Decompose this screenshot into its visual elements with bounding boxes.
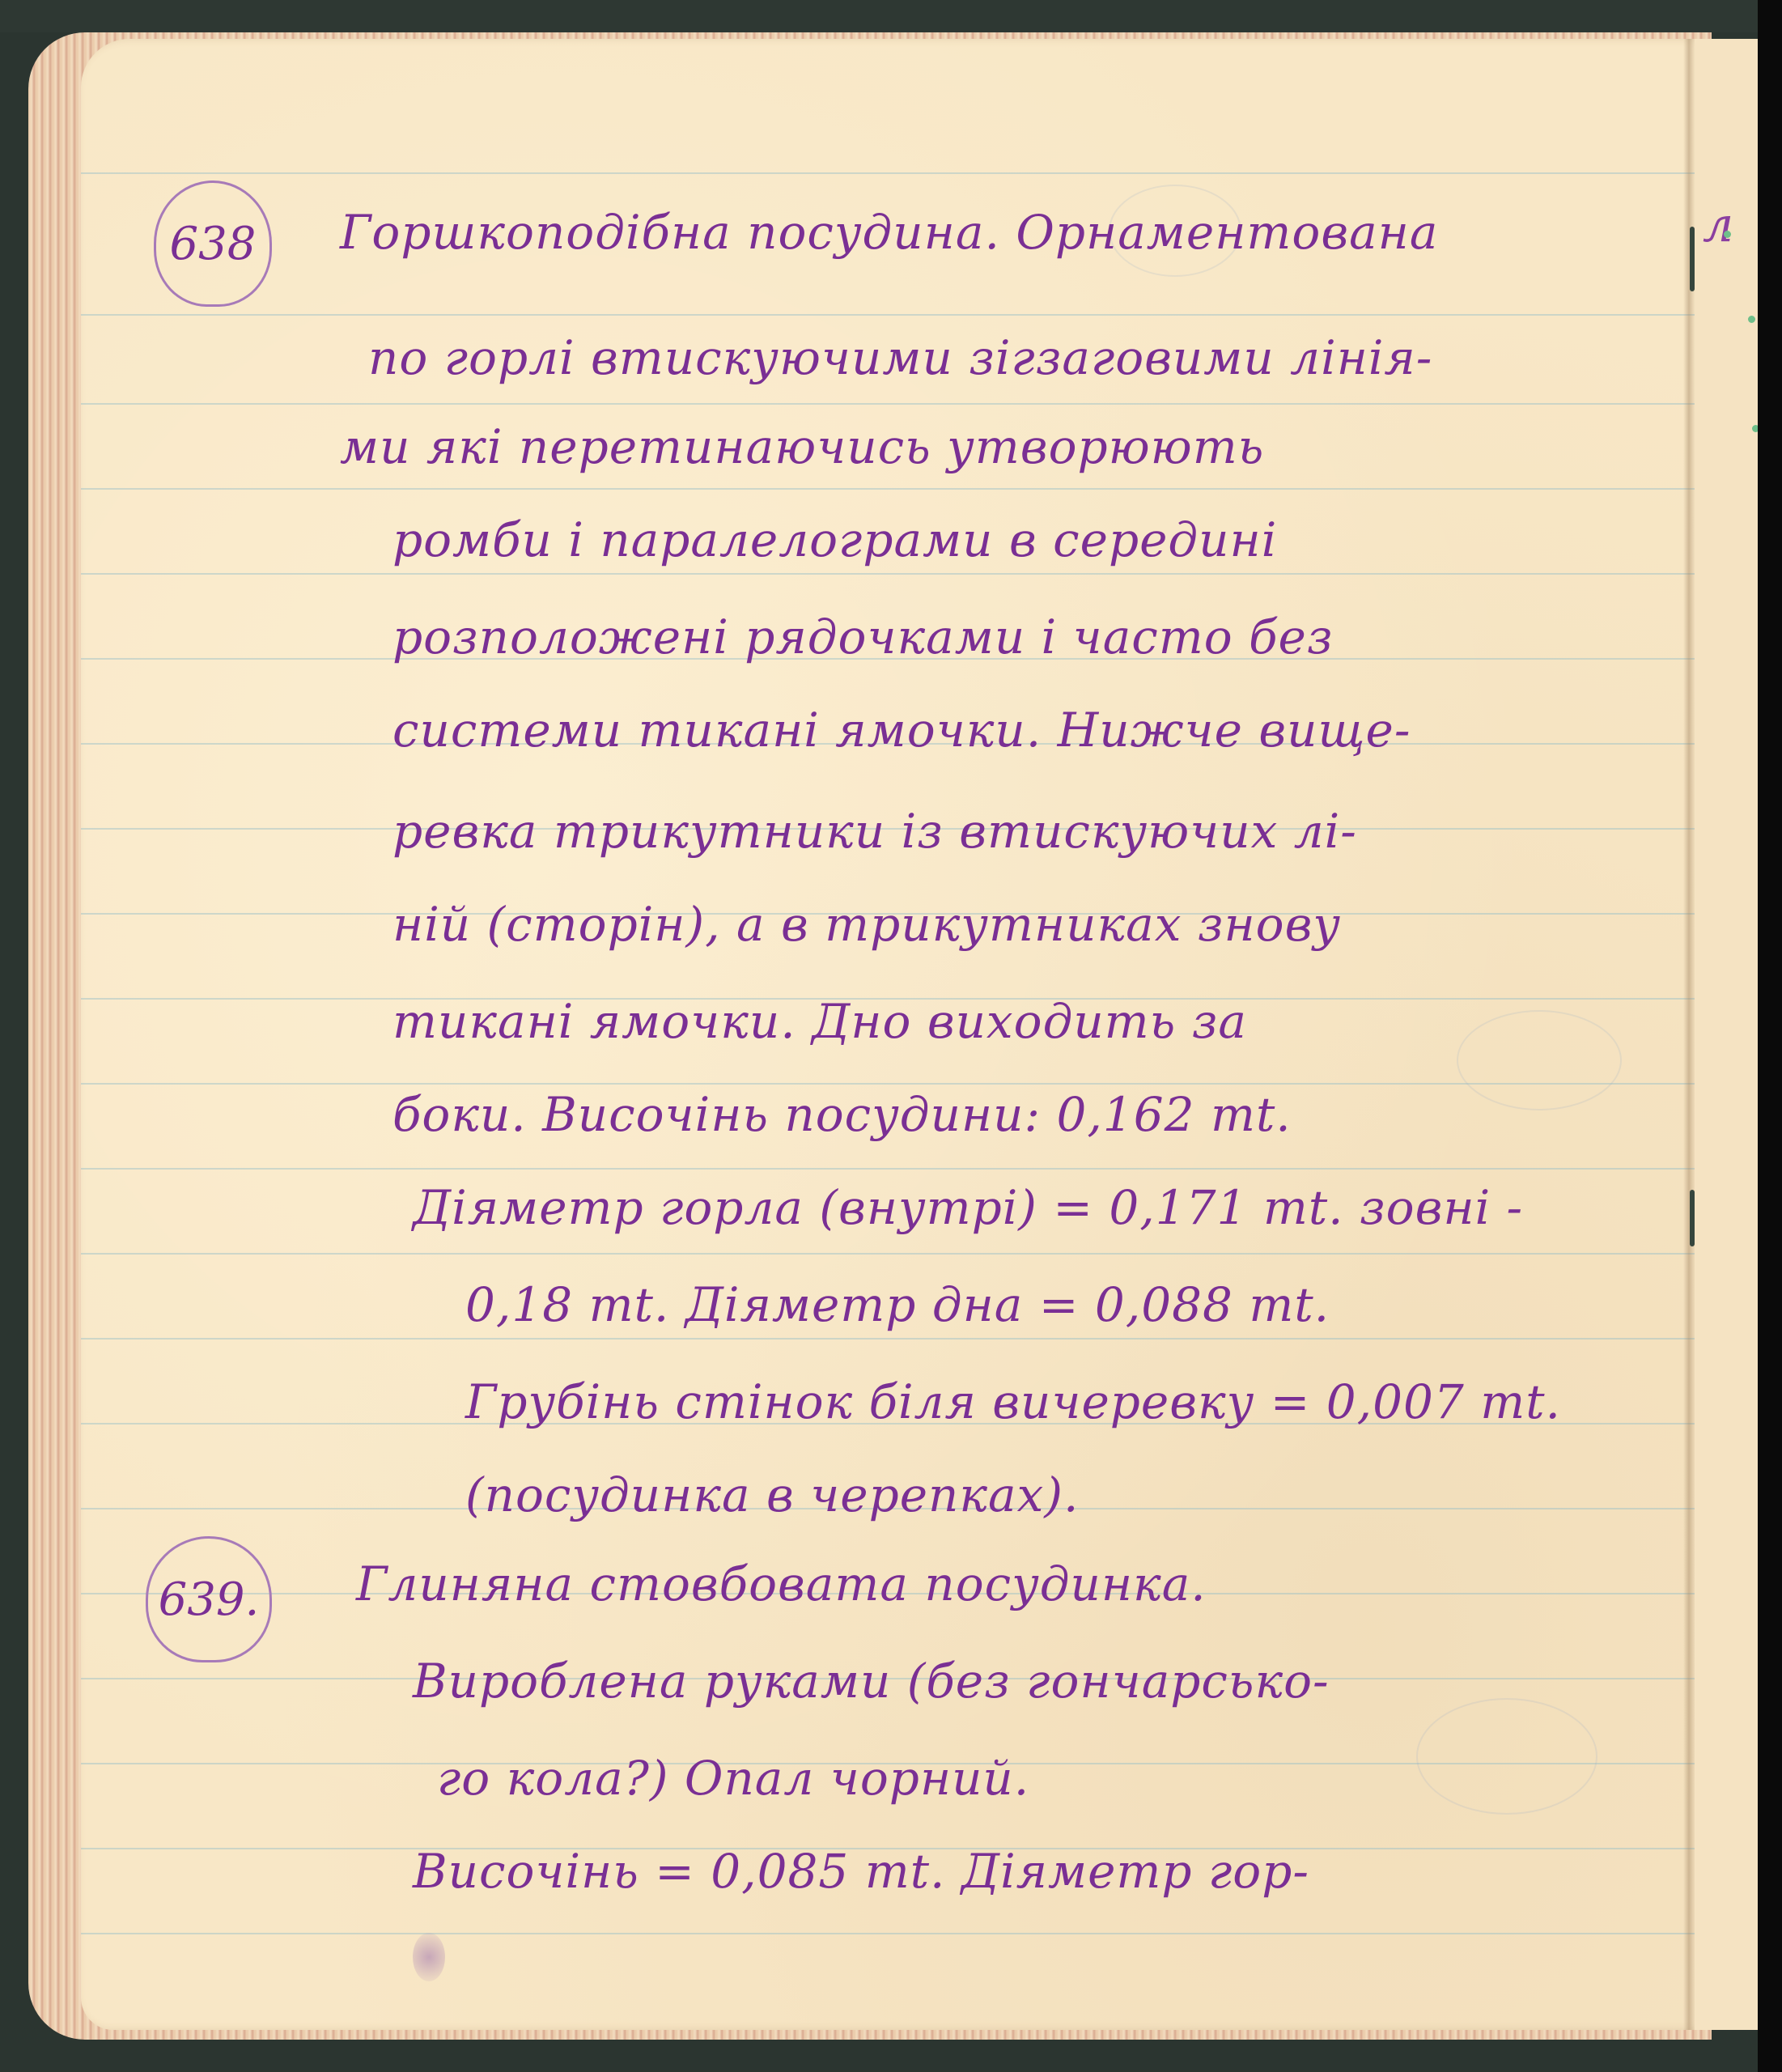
entry-638-line-13-wall-thickness: Грубінь стінок біля вичеревку = 0,007 mt… [465, 1374, 1561, 1429]
entry-number-638: 638 [154, 180, 272, 307]
notebook-cover-right [1758, 0, 1782, 2072]
ruled-line [81, 1168, 1699, 1170]
entry-639-line-3: го кола?) Опал чорний. [437, 1751, 1029, 1806]
entry-638-line-6: системи тикані ямочки. Нижче вище- [392, 703, 1411, 758]
entry-638-line-14: (посудинка в черепках). [465, 1467, 1079, 1522]
adjacent-page-glyph: л [1703, 197, 1733, 253]
bleed-through-mark [1457, 1010, 1622, 1110]
ruled-line [81, 1083, 1699, 1085]
entry-639-line-4-height: Височінь = 0,085 mt. Діяметр гор- [413, 1844, 1309, 1899]
green-margin-dot [1724, 231, 1731, 238]
entry-638-line-5: розположені рядочками і часто без [392, 609, 1333, 664]
entry-638-line-3: ми які перетинаючись утворюють [340, 419, 1264, 474]
entry-638-line-2: по горлі втискуючими зігзаговими лінія- [368, 330, 1432, 385]
entry-number-639: 639. [146, 1536, 272, 1662]
entry-638-line-7: ревка трикутники із втискуючих лі- [392, 804, 1357, 859]
entry-638-line-8: ній (сторін), а в трикутниках знову [392, 897, 1341, 952]
entry-638-line-11-mouth-diameter: Діяметр горла (внутрі) = 0,171 mt. зовні… [413, 1180, 1523, 1235]
page-fold [1683, 39, 1695, 2030]
notebook-page: 638 Горшкоподібна посудина. Орнаментован… [81, 39, 1699, 2030]
ruled-line [81, 1338, 1699, 1340]
entry-639-line-2: Вироблена руками (без гончарсько- [413, 1654, 1330, 1709]
bleed-through-mark [1416, 1698, 1597, 1815]
adjacent-page-edge: л [1695, 39, 1759, 2030]
green-margin-dot [1748, 316, 1755, 323]
notebook-cover-top [0, 0, 1782, 32]
entry-638-line-12-base-diameter: 0,18 mt. Діяметр дна = 0,088 mt. [465, 1277, 1330, 1332]
ruled-line [81, 1253, 1699, 1255]
ruled-line [81, 403, 1699, 405]
entry-638-line-1: Горшкоподібна посудина. Орнаментована [340, 205, 1438, 260]
ruled-line [81, 573, 1699, 575]
ruled-line [81, 1933, 1699, 1934]
entry-638-line-10-height: боки. Височінь посудини: 0,162 mt. [392, 1087, 1292, 1142]
ink-smudge [413, 1933, 445, 1981]
entry-638-line-4: ромби і паралелограми в середині [392, 512, 1277, 567]
ruled-line [81, 172, 1699, 174]
ruled-line [81, 314, 1699, 316]
ruled-line [81, 488, 1699, 490]
entry-639-line-1: Глиняна стовбовата посудинка. [356, 1556, 1207, 1611]
entry-638-line-9: тикані ямочки. Дно виходить за [392, 994, 1247, 1049]
